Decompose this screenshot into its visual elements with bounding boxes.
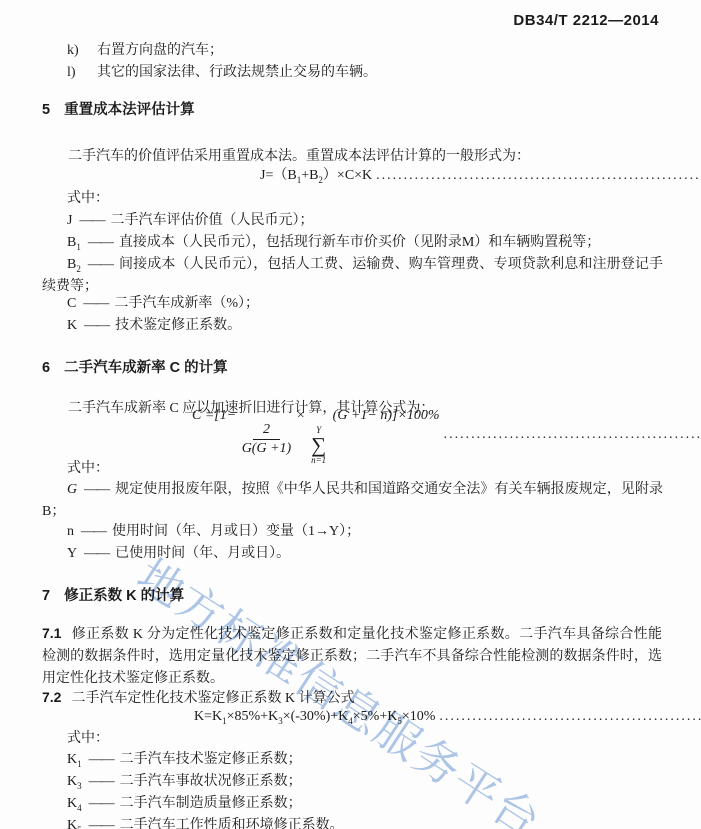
definition-dash: —— <box>89 752 113 767</box>
definition-K: K——技术鉴定修正系数。 <box>42 315 663 337</box>
section-number: 7 <box>42 588 50 604</box>
formula-2-rhs: (G +1− n)]×100% <box>333 408 440 423</box>
definition-dash: —— <box>81 524 105 539</box>
definition-symbol: K <box>67 318 77 333</box>
definition-subscript: 4 <box>77 803 82 813</box>
definition-symbol: C <box>67 296 76 311</box>
list-item-k: k)右置方向盘的汽车； <box>67 40 223 62</box>
definition-K5: K5——二手汽车工作性质和环境修正系数。 <box>42 815 663 829</box>
definition-symbol: K <box>67 774 77 789</box>
section-5-heading: 5重置成本法评估计算 <box>42 99 195 121</box>
fraction: 2G(G +1) <box>242 421 292 458</box>
section-title: 重置成本法评估计算 <box>64 102 195 118</box>
where-label: 式中： <box>67 458 109 480</box>
summation-lower-limit: n=1 <box>311 455 326 465</box>
document-page: DB34/T 2212—2014 地方标准信息服务平台 k)右置方向盘的汽车； … <box>0 0 701 829</box>
definition-desc: 技术鉴定修正系数。 <box>115 318 241 333</box>
definition-symbol: Y <box>67 546 77 561</box>
formula-3-expression: K=K1×85%+K3×(-30%)+K4×5%+K5×10% <box>194 706 435 728</box>
list-marker: k) <box>67 40 97 62</box>
definition-B2: B2——间接成本（人民币元），包括人工费、运输费、购车管理费、专项贷款利息和注册… <box>42 254 663 298</box>
definition-desc: 二手汽车制造质量修正系数； <box>120 796 302 811</box>
clause-text: 二手汽车定性化技术鉴定修正系数 K 计算公式 <box>71 691 354 706</box>
where-label: 式中： <box>67 188 109 210</box>
formula-1: J=（B1+B2）×C×K ..........................… <box>42 165 701 187</box>
formula-3: K=K1×85%+K3×(-30%)+K4×5%+K5×10% ........… <box>42 706 701 728</box>
clause-number: 7.2 <box>42 689 61 705</box>
definition-K3: K3——二手汽车事故状况修正系数； <box>42 771 663 793</box>
clause-text: 修正系数 K 分为定性化技术鉴定修正系数和定量化技术鉴定修正系数。二手汽车具备综… <box>42 627 662 686</box>
list-text: 右置方向盘的汽车； <box>97 43 223 58</box>
definition-subscript: 5 <box>77 825 82 829</box>
fraction-numerator: 2 <box>253 421 280 440</box>
definition-dash: —— <box>89 796 113 811</box>
definition-symbol: B <box>67 257 76 272</box>
definition-subscript: 1 <box>76 242 81 252</box>
definition-desc: 间接成本（人民币元），包括人工费、运输费、购车管理费、专项贷款利息和注册登记手续… <box>42 257 663 294</box>
definition-dash: —— <box>83 296 107 311</box>
section-6-heading: 6二手汽车成新率 C 的计算 <box>42 357 228 379</box>
formula-2-lhs: C =[1− <box>192 408 236 423</box>
definition-desc: 已使用时间（年、月或日）。 <box>115 546 290 561</box>
definition-dash: —— <box>89 818 113 829</box>
list-marker: l) <box>67 62 97 84</box>
definition-symbol: G <box>67 482 77 497</box>
definition-desc: 二手汽车评估价值（人民币元）； <box>110 213 313 228</box>
dot-leader: ........................................… <box>444 424 701 446</box>
formula-2: C =[1− 2G(G +1) × Y∑n=1 (G +1− n)]×100% … <box>42 412 701 458</box>
definition-subscript: 3 <box>77 781 82 791</box>
definition-dash: —— <box>84 482 108 497</box>
definition-desc: 二手汽车事故状况修正系数； <box>120 774 302 789</box>
definition-n: n——使用时间（年、月或日）变量（1→Y）； <box>42 521 663 543</box>
sigma-symbol: ∑ <box>311 435 326 455</box>
definition-Y: Y——已使用时间（年、月或日）。 <box>42 543 663 565</box>
definition-desc: 直接成本（人民币元），包括现行新车市价买价（见附录M）和车辆购置税等； <box>119 235 600 250</box>
section-title: 二手汽车成新率 C 的计算 <box>64 360 228 376</box>
definition-desc: 二手汽车成新率（%）； <box>114 296 259 311</box>
definition-B1: B1——直接成本（人民币元），包括现行新车市价买价（见附录M）和车辆购置税等； <box>42 232 663 254</box>
definition-dash: —— <box>84 318 108 333</box>
formula-1-expression: J=（B1+B2）×C×K <box>260 165 372 187</box>
standard-code-header: DB34/T 2212—2014 <box>513 10 659 32</box>
definition-subscript: 2 <box>76 264 81 274</box>
list-text: 其它的国家法律、行政法规禁止交易的车辆。 <box>97 65 377 80</box>
definition-desc: 二手汽车工作性质和环境修正系数。 <box>120 818 344 829</box>
section-title: 修正系数 K 的计算 <box>64 588 184 604</box>
definition-dash: —— <box>89 774 113 789</box>
definition-symbol: K <box>67 796 77 811</box>
definition-symbol: K <box>67 752 77 767</box>
section-number: 5 <box>42 102 50 118</box>
formula-2-expression: C =[1− 2G(G +1) × Y∑n=1 (G +1− n)]×100% <box>192 405 440 465</box>
definition-dash: —— <box>79 213 103 228</box>
definition-symbol: n <box>67 524 74 539</box>
dot-leader: ........................................… <box>439 706 701 728</box>
section-number: 6 <box>42 360 50 376</box>
definition-K1: K1——二手汽车技术鉴定修正系数； <box>42 749 663 771</box>
definition-subscript: 1 <box>77 759 82 769</box>
definition-symbol: B <box>67 235 76 250</box>
clause-7-1: 7.1修正系数 K 分为定性化技术鉴定修正系数和定量化技术鉴定修正系数。二手汽车… <box>42 622 662 690</box>
summation: Y∑n=1 <box>311 425 326 465</box>
definition-desc: 规定使用报废年限，按照《中华人民共和国道路交通安全法》有关车辆报废规定，见附录B… <box>42 482 663 519</box>
definition-symbol: J <box>67 213 72 228</box>
list-item-l: l)其它的国家法律、行政法规禁止交易的车辆。 <box>67 62 377 84</box>
definition-G: G——规定使用报废年限，按照《中华人民共和国道路交通安全法》有关车辆报废规定，见… <box>42 479 663 523</box>
section-7-heading: 7修正系数 K 的计算 <box>42 585 184 607</box>
where-label: 式中： <box>67 728 109 750</box>
definition-desc: 使用时间（年、月或日）变量（1→Y）； <box>112 524 360 539</box>
fraction-denominator: G(G +1) <box>242 440 292 458</box>
definition-symbol: K <box>67 818 77 829</box>
definition-desc: 二手汽车技术鉴定修正系数； <box>120 752 302 767</box>
definition-K4: K4——二手汽车制造质量修正系数； <box>42 793 663 815</box>
definition-dash: —— <box>84 546 108 561</box>
definition-J: J——二手汽车评估价值（人民币元）； <box>42 210 663 232</box>
definition-dash: —— <box>88 235 112 250</box>
clause-number: 7.1 <box>42 625 61 641</box>
dot-leader: ........................................… <box>376 165 701 187</box>
definition-dash: —— <box>88 257 112 272</box>
definition-C: C——二手汽车成新率（%）； <box>42 293 663 315</box>
multiply-sign: × <box>297 408 305 423</box>
